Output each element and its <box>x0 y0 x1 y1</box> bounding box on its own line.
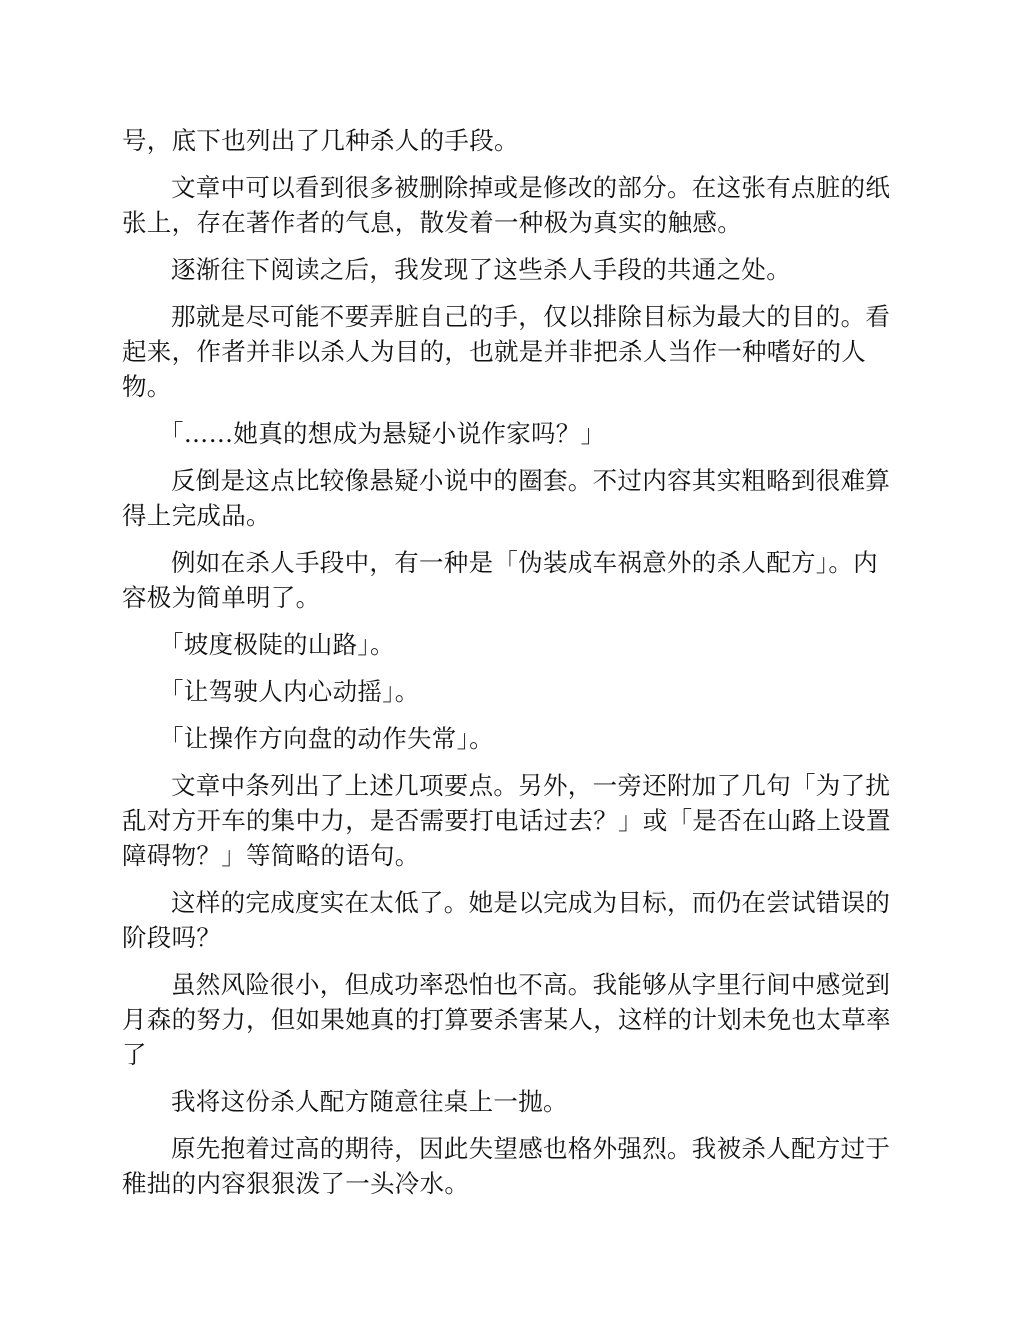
document-page: 号，底下也列出了几种杀人的手段。 文章中可以看到很多被删除掉或是修改的部分。在这… <box>122 123 898 1213</box>
paragraph: 我将这份杀人配方随意往桌上一抛。 <box>122 1084 898 1119</box>
paragraph: 反倒是这点比较像悬疑小说中的圈套。不过内容其实粗略到很难算得上完成品。 <box>122 463 898 533</box>
paragraph: 原先抱着过高的期待，因此失望感也格外强烈。我被杀人配方过于稚拙的内容狠狠泼了一头… <box>122 1131 898 1201</box>
recipe-point: 「坡度极陡的山路」。 <box>122 627 898 662</box>
recipe-point: 「让操作方向盘的动作失常」。 <box>122 721 898 756</box>
paragraph: 这样的完成度实在太低了。她是以完成为目标，而仍在尝试错误的阶段吗？ <box>122 885 898 955</box>
paragraph: 逐渐往下阅读之后，我发现了这些杀人手段的共通之处。 <box>122 252 898 287</box>
paragraph: 文章中可以看到很多被删除掉或是修改的部分。在这张有点脏的纸张上，存在著作者的气息… <box>122 170 898 240</box>
dialogue-line: 「……她真的想成为悬疑小说作家吗？」 <box>122 416 898 451</box>
paragraph: 例如在杀人手段中，有一种是「伪装成车祸意外的杀人配方」。内容极为简单明了。 <box>122 545 898 615</box>
paragraph-continuation: 号，底下也列出了几种杀人的手段。 <box>122 123 898 158</box>
paragraph: 那就是尽可能不要弄脏自己的手，仅以排除目标为最大的目的。看起来，作者并非以杀人为… <box>122 299 898 404</box>
paragraph: 虽然风险很小，但成功率恐怕也不高。我能够从字里行间中感觉到月森的努力，但如果她真… <box>122 967 898 1072</box>
recipe-point: 「让驾驶人内心动摇」。 <box>122 674 898 709</box>
paragraph: 文章中条列出了上述几项要点。另外，一旁还附加了几句「为了扰乱对方开车的集中力，是… <box>122 768 898 873</box>
